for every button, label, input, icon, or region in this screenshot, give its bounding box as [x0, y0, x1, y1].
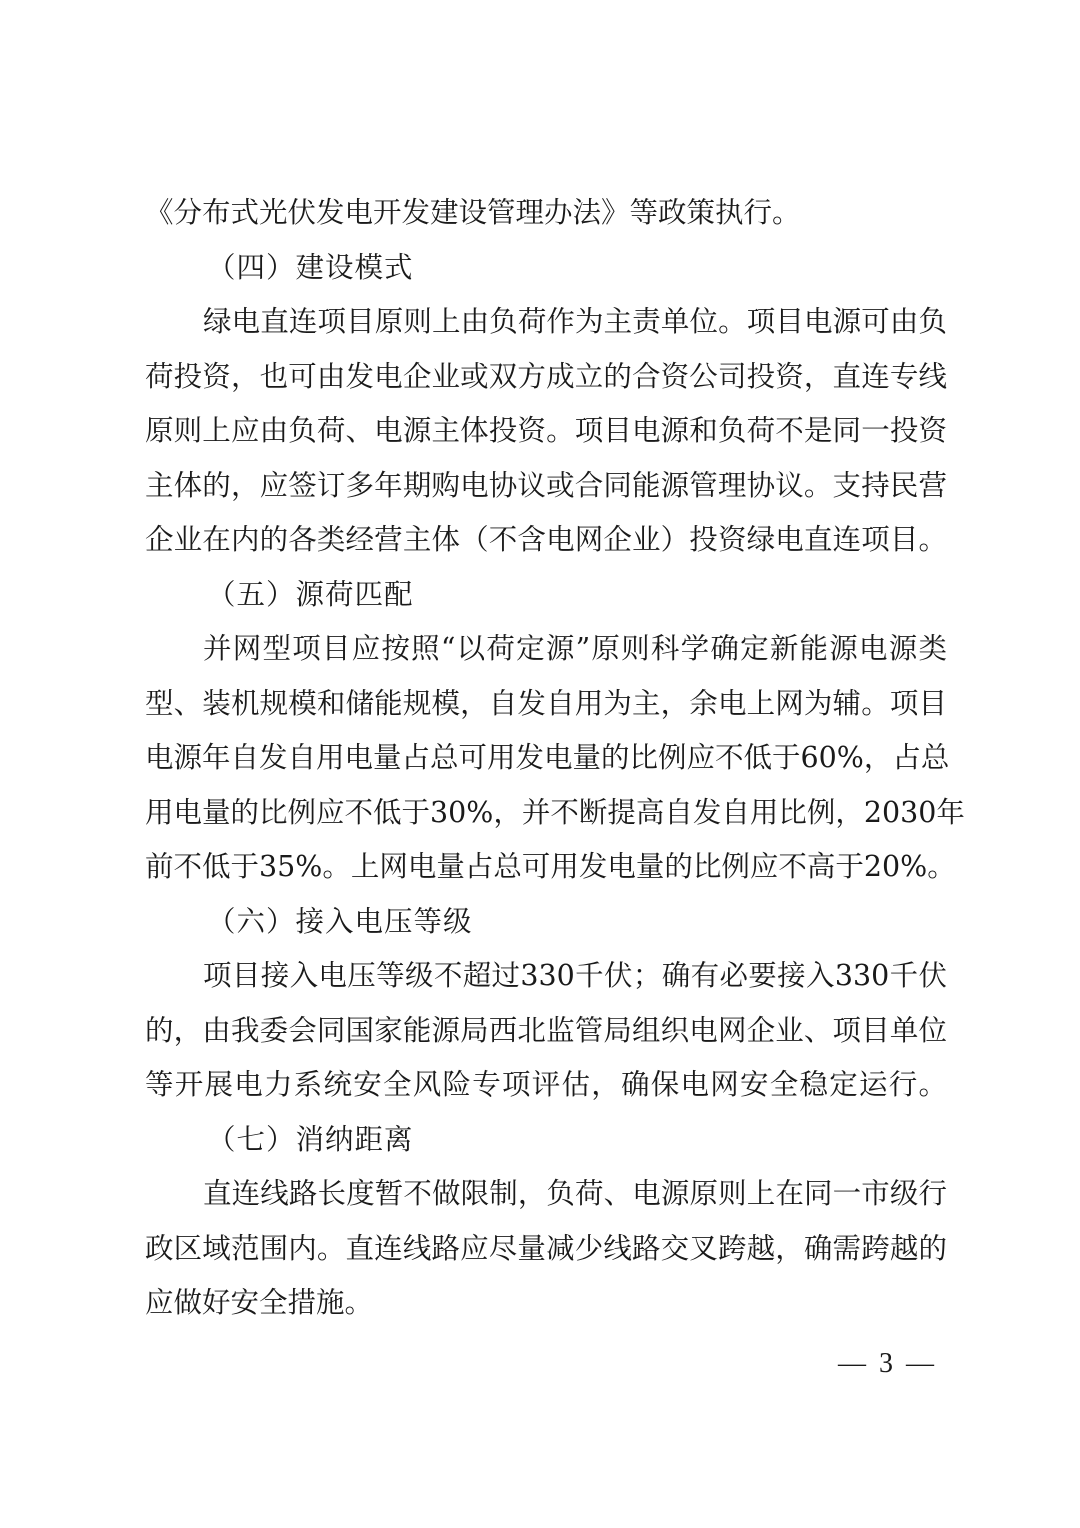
paragraph-line: 绿电直连项目原则上由负荷作为主责单位。项目电源可由负 — [145, 295, 947, 350]
paragraph-line: 电源年自发自用电量占总可用发电量的比例应不低于60%，占总 — [145, 731, 947, 786]
paragraph-line: 的，由我委会同国家能源局西北监管局组织电网企业、项目单位 — [145, 1004, 947, 1059]
section-heading-7: （七）消纳距离 — [145, 1113, 947, 1168]
paragraph-line: 项目接入电压等级不超过330千伏；确有必要接入330千伏 — [145, 949, 947, 1004]
paragraph-line: 前不低于35%。上网电量占总可用发电量的比例应不高于20%。 — [145, 840, 947, 895]
paragraph-line: 政区域范围内。直连线路应尽量减少线路交叉跨越，确需跨越的 — [145, 1222, 947, 1277]
section-heading-5: （五）源荷匹配 — [145, 568, 947, 623]
paragraph-line: 并网型项目应按照“以荷定源”原则科学确定新能源电源类 — [145, 622, 947, 677]
section-heading-4: （四）建设模式 — [145, 241, 947, 296]
paragraph-line: 原则上应由负荷、电源主体投资。项目电源和负荷不是同一投资 — [145, 404, 947, 459]
paragraph-line: 直连线路长度暂不做限制，负荷、电源原则上在同一市级行 — [145, 1167, 947, 1222]
paragraph-line: 企业在内的各类经营主体（不含电网企业）投资绿电直连项目。 — [145, 513, 947, 568]
page-number: — 3 — — [838, 1348, 934, 1380]
paragraph-line: 型、装机规模和储能规模，自发自用为主，余电上网为辅。项目 — [145, 677, 947, 732]
paragraph-line: 用电量的比例应不低于30%，并不断提高自发自用比例，2030年 — [145, 786, 947, 841]
paragraph-line: 应做好安全措施。 — [145, 1276, 947, 1331]
section-heading-6: （六）接入电压等级 — [145, 895, 947, 950]
document-page: 《分布式光伏发电开发建设管理办法》等政策执行。 （四）建设模式 绿电直连项目原则… — [145, 186, 947, 1331]
paragraph-line: 主体的，应签订多年期购电协议或合同能源管理协议。支持民营 — [145, 459, 947, 514]
paragraph-line: 《分布式光伏发电开发建设管理办法》等政策执行。 — [145, 186, 947, 241]
paragraph-line: 荷投资，也可由发电企业或双方成立的合资公司投资，直连专线 — [145, 350, 947, 405]
paragraph-line: 等开展电力系统安全风险专项评估，确保电网安全稳定运行。 — [145, 1058, 947, 1113]
